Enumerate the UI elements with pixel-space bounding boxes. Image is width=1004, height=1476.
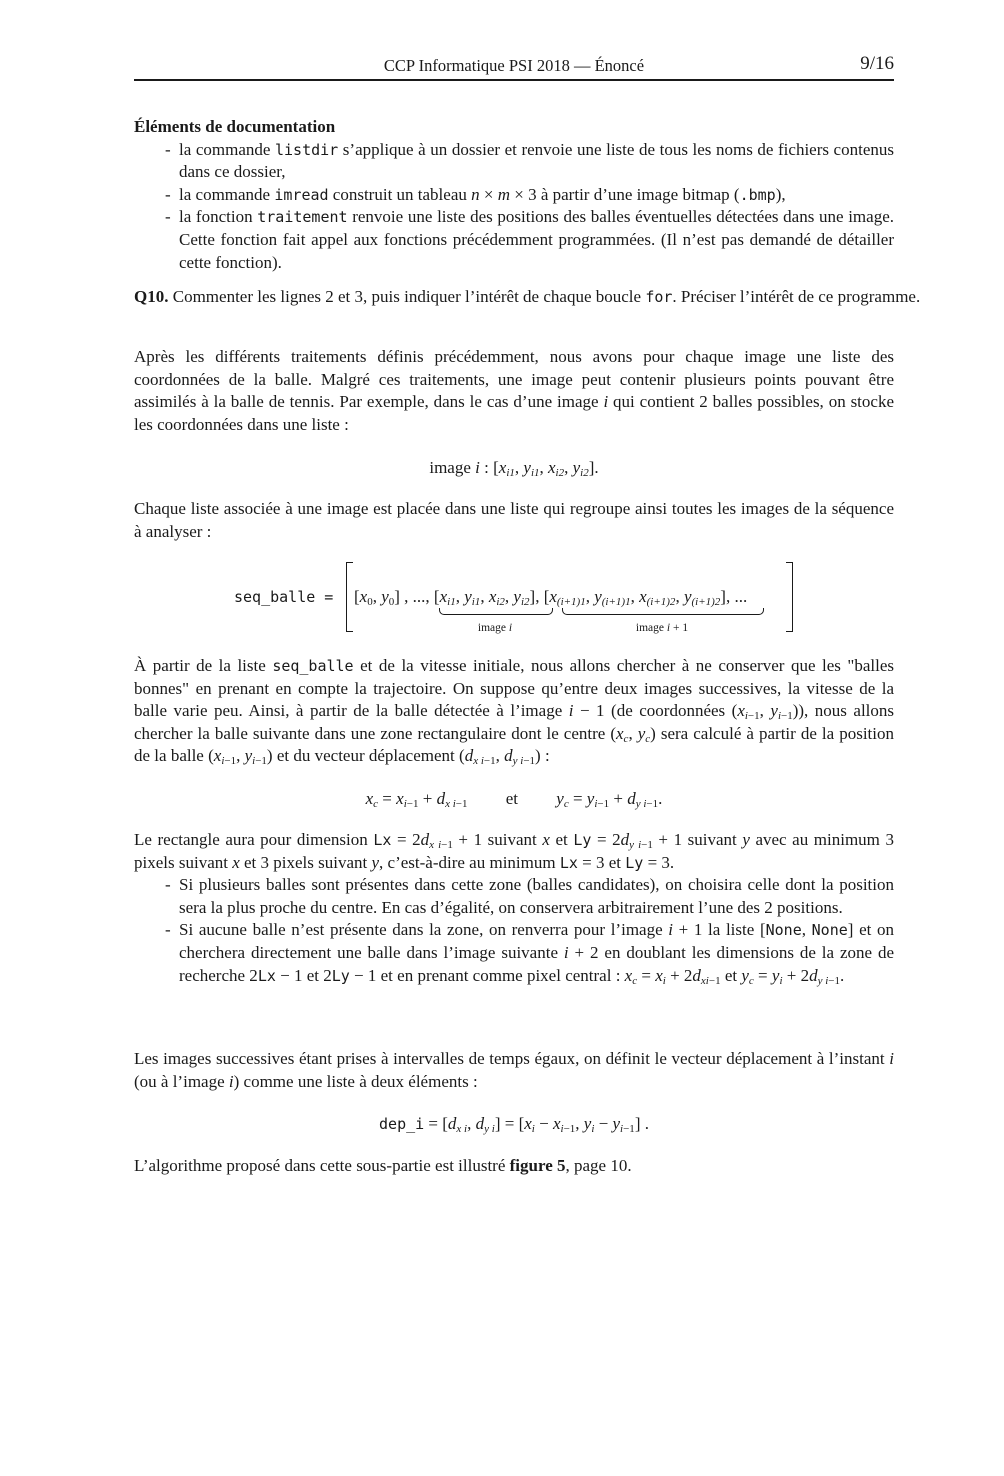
header-title: CCP Informatique PSI 2018 — Énoncé	[134, 55, 894, 78]
paragraph-displacement: Les images successives étant prises à in…	[134, 1048, 894, 1093]
rule-multiple-balls: Si plusieurs balles sont présentes dans …	[134, 874, 894, 919]
equation-center: xc = xi−1 + dx i−1 et yc = yi−1 + dy i−1…	[134, 788, 894, 811]
equation-dep-i: dep_i = [dx i, dy i] = [xi − xi−1, yi − …	[134, 1113, 894, 1136]
doc-item-imread: la commande imread construit un tableau …	[134, 184, 894, 207]
outer-bracket-left	[346, 562, 353, 632]
doc-item-traitement: la fonction traitement renvoie une liste…	[134, 206, 894, 274]
documentation-section: Éléments de documentation la commande li…	[134, 116, 894, 274]
paragraph-trajectory: À partir de la liste seq_balle et de la …	[134, 655, 894, 768]
underbrace-image-i1	[562, 608, 764, 615]
question-label: Q10.	[134, 287, 168, 306]
figure-reference: figure 5	[510, 1156, 566, 1175]
label-image-i: image i	[439, 617, 551, 640]
section-title: Éléments de documentation	[134, 116, 894, 139]
seq-balle-lhs: seq_balle =	[234, 586, 333, 609]
doc-item-listdir: la commande listdir s’applique à un doss…	[134, 139, 894, 184]
equation-seq-balle: seq_balle = [x0, y0] , ..., [xi1, yi1, x…	[234, 562, 794, 632]
page-number: 9/16	[860, 53, 894, 76]
rules-list: Si plusieurs balles sont présentes dans …	[134, 874, 894, 987]
equation-image-i: image i : [xi1, yi1, xi2, yi2].	[134, 457, 894, 480]
label-image-i1: image i + 1	[562, 617, 762, 640]
rule-no-ball: Si aucune balle n’est présente dans la z…	[134, 919, 894, 987]
paragraph-rectangle: Le rectangle aura pour dimension Lx = 2d…	[134, 829, 894, 987]
underbrace-image-i	[439, 608, 553, 615]
doc-list: la commande listdir s’applique à un doss…	[134, 139, 894, 275]
question-q10: Q10. Commenter les lignes 2 et 3, puis i…	[134, 286, 939, 309]
seq-content: [x0, y0] , ..., [xi1, yi1, xi2, yi2], [x…	[354, 586, 747, 609]
paragraph-intro: Après les différents traitements définis…	[134, 346, 894, 436]
header-rule	[134, 79, 894, 81]
paragraph-figure-ref: L’algorithme proposé dans cette sous-par…	[134, 1155, 894, 1178]
page-header: CCP Informatique PSI 2018 — Énoncé 9/16	[134, 55, 894, 79]
outer-bracket-right	[786, 562, 793, 632]
paragraph-sequence: Chaque liste associée à une image est pl…	[134, 498, 894, 543]
